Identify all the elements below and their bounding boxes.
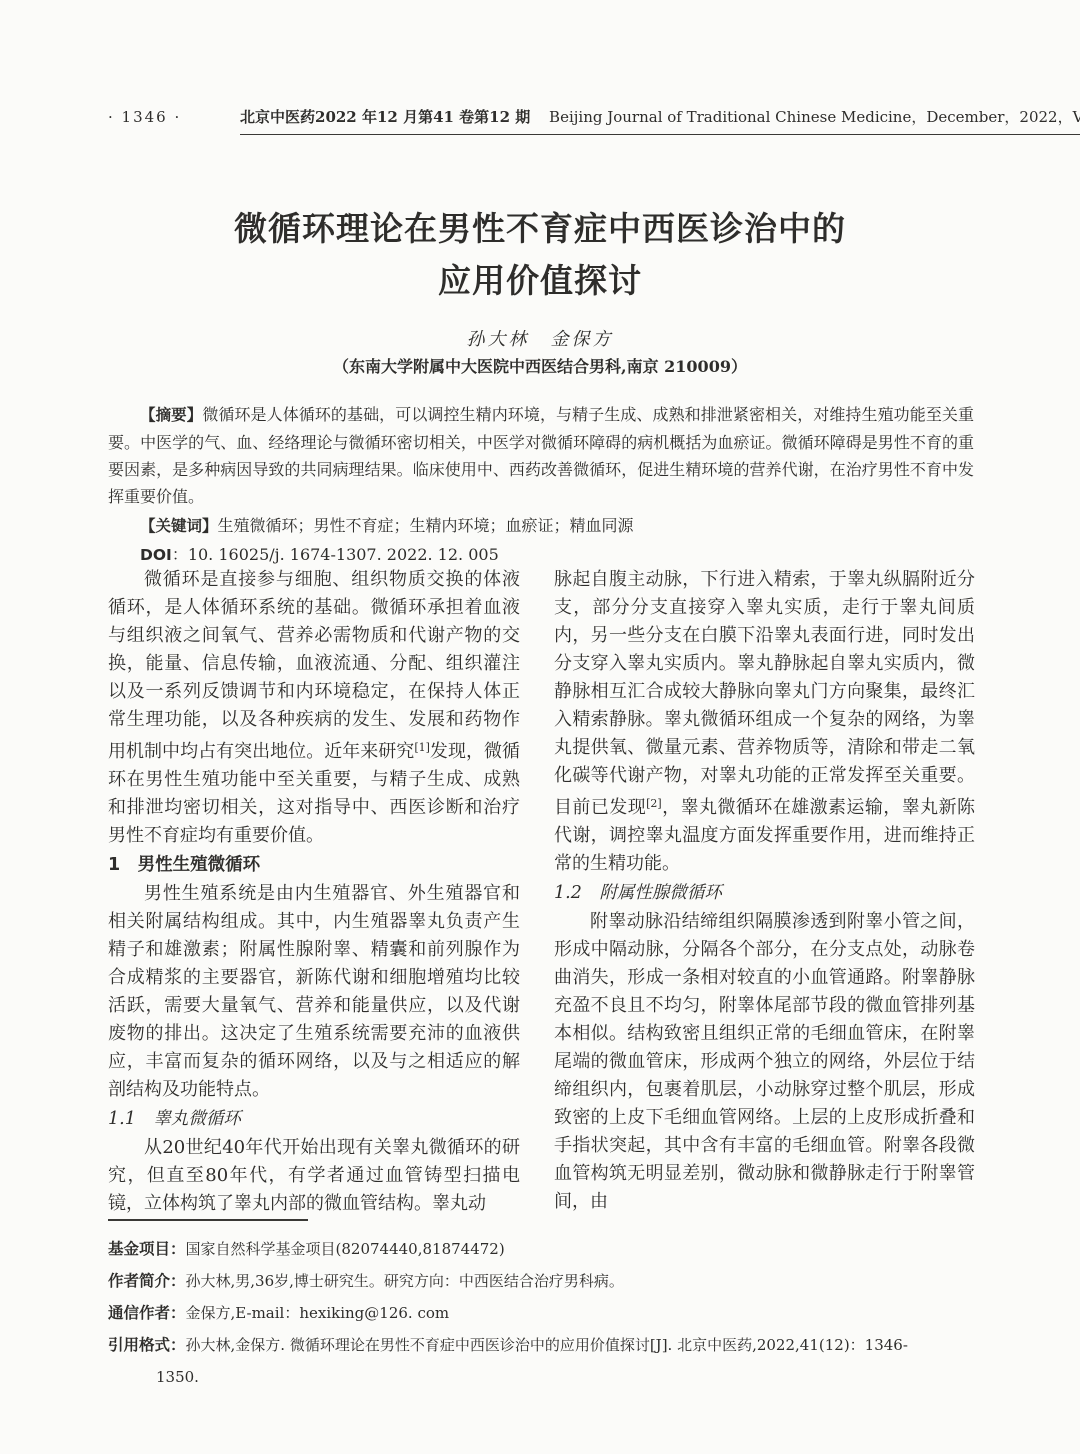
fund-project-line: 基金项目：国家自然科学基金项目(82074440,81874472)	[108, 1233, 978, 1265]
subsection-heading-1-1: 1.1 睾丸微循环	[108, 1105, 520, 1133]
author-bio-label: 作者简介：	[108, 1272, 186, 1290]
journal-name-english: Beijing Journal of Traditional Chinese M…	[549, 108, 1080, 126]
author-bio-line: 作者简介：孙大林,男,36岁,博士研究生。研究方向：中西医结合治疗男科病。	[108, 1265, 978, 1297]
paragraph-text: 脉起自腹主动脉，下行进入精索，于睾丸纵膈附近分支，部分分支直接穿入睾丸实质，走行…	[554, 569, 975, 818]
corresponding-author-label: 通信作者：	[108, 1304, 186, 1322]
paragraph-section1: 男性生殖系统是由内生殖器官、外生殖器官和相关附属结构组成。其中，内生殖器睾丸负责…	[108, 880, 520, 1104]
citation-format-continuation: 1350.	[108, 1361, 978, 1393]
author-affiliation: （东南大学附属中大医院中西医结合男科,南京 210009）	[0, 354, 1080, 377]
paragraph-section1-2: 附睾动脉沿结缔组织隔膜渗透到附睾小管之间，形成中隔动脉，分隔各个部分，在分支点处…	[554, 908, 975, 1216]
corresponding-author-text: 金保方,E-mail：hexiking@126. com	[186, 1304, 450, 1322]
footnotes-block: 基金项目：国家自然科学基金项目(82074440,81874472) 作者简介：…	[108, 1233, 978, 1393]
doi-label: DOI	[140, 546, 172, 564]
article-title: 微循环理论在男性不育症中西医诊治中的 应用价值探讨	[0, 203, 1080, 307]
page-number: · 1346 ·	[108, 106, 208, 128]
paragraph-intro: 微循环是直接参与细胞、组织物质交换的体液循环，是人体循环系统的基础。微循环承担着…	[108, 566, 520, 850]
author-bio-text: 孙大林,男,36岁,博士研究生。研究方向：中西医结合治疗男科病。	[186, 1272, 624, 1290]
abstract-text: 微循环是人体循环的基础，可以调控生精内环境，与精子生成、成熟和排泄紧密相关，对维…	[108, 405, 974, 506]
article-title-line2: 应用价值探讨	[0, 255, 1080, 307]
section-heading-1: 1 男性生殖微循环	[108, 851, 520, 879]
right-column: 脉起自腹主动脉，下行进入精索，于睾丸纵膈附近分支，部分分支直接穿入睾丸实质，走行…	[554, 566, 975, 1218]
article-title-line1: 微循环理论在男性不育症中西医诊治中的	[0, 203, 1080, 255]
paragraph-text: 微循环是直接参与细胞、组织物质交换的体液循环，是人体循环系统的基础。微循环承担着…	[108, 569, 520, 762]
body-columns: 微循环是直接参与细胞、组织物质交换的体液循环，是人体循环系统的基础。微循环承担着…	[108, 566, 975, 1218]
footnote-separator-rule	[108, 1219, 308, 1221]
reference-citation-2: [2]	[646, 797, 662, 810]
fund-project-label: 基金项目：	[108, 1240, 186, 1258]
keywords-line: 【关键词】生殖微循环；男性不育症；生精内环境；血瘀证；精血同源	[108, 512, 974, 540]
paragraph-section1-1-continued: 脉起自腹主动脉，下行进入精索，于睾丸纵膈附近分支，部分分支直接穿入睾丸实质，走行…	[554, 566, 975, 878]
doi-line: DOI：10. 16025/j. 1674-1307. 2022. 12. 00…	[108, 541, 974, 569]
citation-format-line: 引用格式：孙大林,金保方. 微循环理论在男性不育症中西医诊治中的应用价值探讨[J…	[108, 1329, 978, 1361]
doi-value: ：10. 16025/j. 1674-1307. 2022. 12. 005	[172, 545, 499, 564]
citation-format-text: 孙大林,金保方. 微循环理论在男性不育症中西医诊治中的应用价值探讨[J]. 北京…	[186, 1336, 908, 1354]
citation-format-label: 引用格式：	[108, 1336, 186, 1354]
author-names: 孙大林 金保方	[0, 325, 1080, 351]
journal-page: · 1346 · 北京中医药2022 年12 月第41 卷第12 期 Beiji…	[0, 0, 1080, 1454]
page-header: · 1346 · 北京中医药2022 年12 月第41 卷第12 期 Beiji…	[108, 106, 974, 135]
keywords-text: 生殖微循环；男性不育症；生精内环境；血瘀证；精血同源	[218, 516, 634, 535]
subsection-heading-1-2: 1.2 附属性腺微循环	[554, 879, 975, 907]
keywords-label: 【关键词】	[140, 517, 218, 535]
paragraph-section1-1: 从20世纪40年代开始出现有关睾丸微循环的研究，但直至80年代，有学者通过血管铸…	[108, 1134, 520, 1218]
reference-citation-1: [1]	[414, 741, 430, 754]
left-column: 微循环是直接参与细胞、组织物质交换的体液循环，是人体循环系统的基础。微循环承担着…	[108, 566, 520, 1218]
journal-header-rule: 北京中医药2022 年12 月第41 卷第12 期 Beijing Journa…	[240, 106, 1080, 135]
fund-project-text: 国家自然科学基金项目(82074440,81874472)	[186, 1240, 505, 1258]
abstract-paragraph: 【摘要】微循环是人体循环的基础，可以调控生精内环境，与精子生成、成熟和排泄紧密相…	[108, 401, 974, 510]
corresponding-author-line: 通信作者：金保方,E-mail：hexiking@126. com	[108, 1297, 978, 1329]
journal-name-chinese: 北京中医药2022 年12 月第41 卷第12 期	[240, 108, 530, 126]
abstract-label: 【摘要】	[140, 406, 202, 424]
